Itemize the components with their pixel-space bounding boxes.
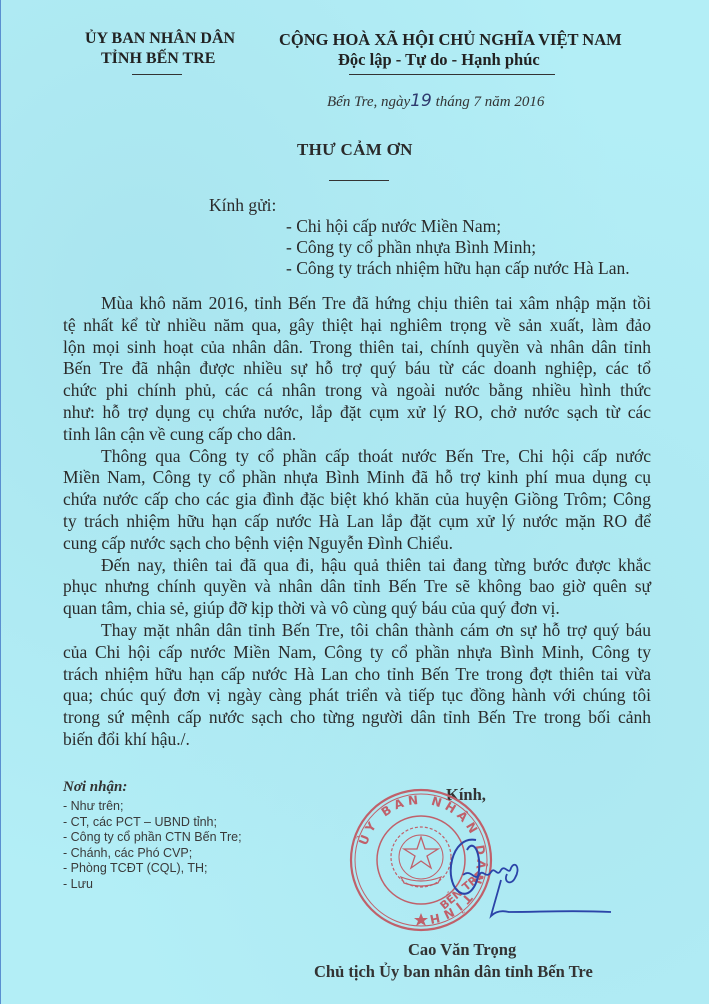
body-line: Thông qua Công ty cổ phần cấp thoát nước… [101, 446, 651, 467]
body-line: biến đổi khí hậu./. [63, 729, 651, 750]
recipient-list-item: - CT, các PCT – UBND tỉnh; [63, 815, 217, 829]
recipient-list-item: - Như trên; [63, 799, 123, 813]
body-line: ty trách nhiệm hữu hạn cấp nước Hà Lan l… [63, 511, 651, 532]
body-line: Miền Nam, Công ty cổ phần nhựa Bình Minh… [63, 467, 651, 488]
date-month-year: tháng 7 năm 2016 [432, 94, 545, 110]
salutation-label: Kính gửi: [209, 195, 276, 216]
motto-underline [349, 74, 555, 75]
signer-title: Chủ tịch Ủy ban nhân dân tỉnh Bến Tre [314, 962, 593, 982]
agency-underline [132, 74, 182, 75]
recipient-list-item: - Lưu [63, 877, 93, 891]
recipient-list-item: - Chánh, các Phó CVP; [63, 846, 192, 860]
body-line: lộn mọi sinh hoạt của nhân dân. Trong th… [63, 337, 651, 358]
body-line: chứa nước cấp cho các gia đình đặc biệt … [63, 489, 651, 510]
recipient-1: - Chi hội cấp nước Miền Nam; [286, 216, 501, 237]
body-line: như: hỗ trợ dụng cụ chứa nước, lắp đặt c… [63, 402, 651, 423]
recipients-heading: Nơi nhận: [63, 779, 127, 796]
body-line: Thay mặt nhân dân tỉnh Bến Tre, tôi chân… [101, 620, 651, 641]
nation-name: CỘNG HOÀ XÃ HỘI CHỦ NGHĨA VIỆT NAM [279, 30, 622, 50]
title-underline [329, 180, 389, 181]
signer-name: Cao Văn Trọng [408, 940, 516, 960]
body-line: của Chi hội cấp nước Miền Nam, Công ty c… [63, 642, 651, 663]
recipient-2: - Công ty cổ phần nhựa Bình Minh; [286, 237, 536, 258]
nation-motto: Độc lập - Tự do - Hạnh phúc [338, 50, 540, 70]
body-line: chức phi chính phủ, các cá nhân trong và… [63, 380, 651, 401]
document-page: ỦY BAN NHÂN DÂN TỈNH BẾN TRE CỘNG HOÀ XÃ… [0, 0, 709, 1004]
date-prefix: Bến Tre, ngày [327, 94, 410, 110]
body-line: Đến nay, thiên tai đã qua đi, hậu quả th… [101, 555, 651, 576]
recipient-list-item: - Phòng TCĐT (CQL), TH; [63, 861, 207, 875]
body-line: trong sứ mệnh cấp nước sạch cho từng ngư… [63, 707, 651, 728]
agency-name-line1: ỦY BAN NHÂN DÂN [85, 30, 235, 48]
recipient-list-item: - Công ty cổ phần CTN Bến Tre; [63, 830, 242, 844]
recipient-3: - Công ty trách nhiệm hữu hạn cấp nước H… [286, 258, 630, 279]
letter-title: THƯ CẢM ƠN [297, 140, 413, 160]
body-line: qua; chúc quý đơn vị ngày càng phát triể… [63, 685, 651, 706]
body-line: tệ nhất kể từ nhiều năm qua, gây thiệt h… [63, 315, 651, 336]
signature-icon [431, 820, 621, 930]
body-line: Bến Tre đã nhận được nhiều sự hỗ trợ quý… [63, 358, 651, 379]
body-line: quan tâm, chia sẻ, giúp đỡ kịp thời và v… [63, 598, 651, 619]
body-line: trách nhiệm hữu hạn cấp nước Hà Lan cho … [63, 664, 651, 685]
date-day: 19 [410, 91, 432, 111]
body-line: phục nhưng chính quyền và nhân dân tỉnh … [63, 576, 651, 597]
issue-date: Bến Tre, ngày19 tháng 7 năm 2016 [327, 91, 544, 111]
body-line: cung cấp nước sạch cho bệnh viện Nguyễn … [63, 533, 651, 554]
body-line: tỉnh lân cận về cung cấp cho dân. [63, 424, 651, 445]
body-line: Mùa khô năm 2016, tỉnh Bến Tre đã hứng c… [101, 293, 651, 314]
agency-name-line2: TỈNH BẾN TRE [101, 50, 215, 68]
